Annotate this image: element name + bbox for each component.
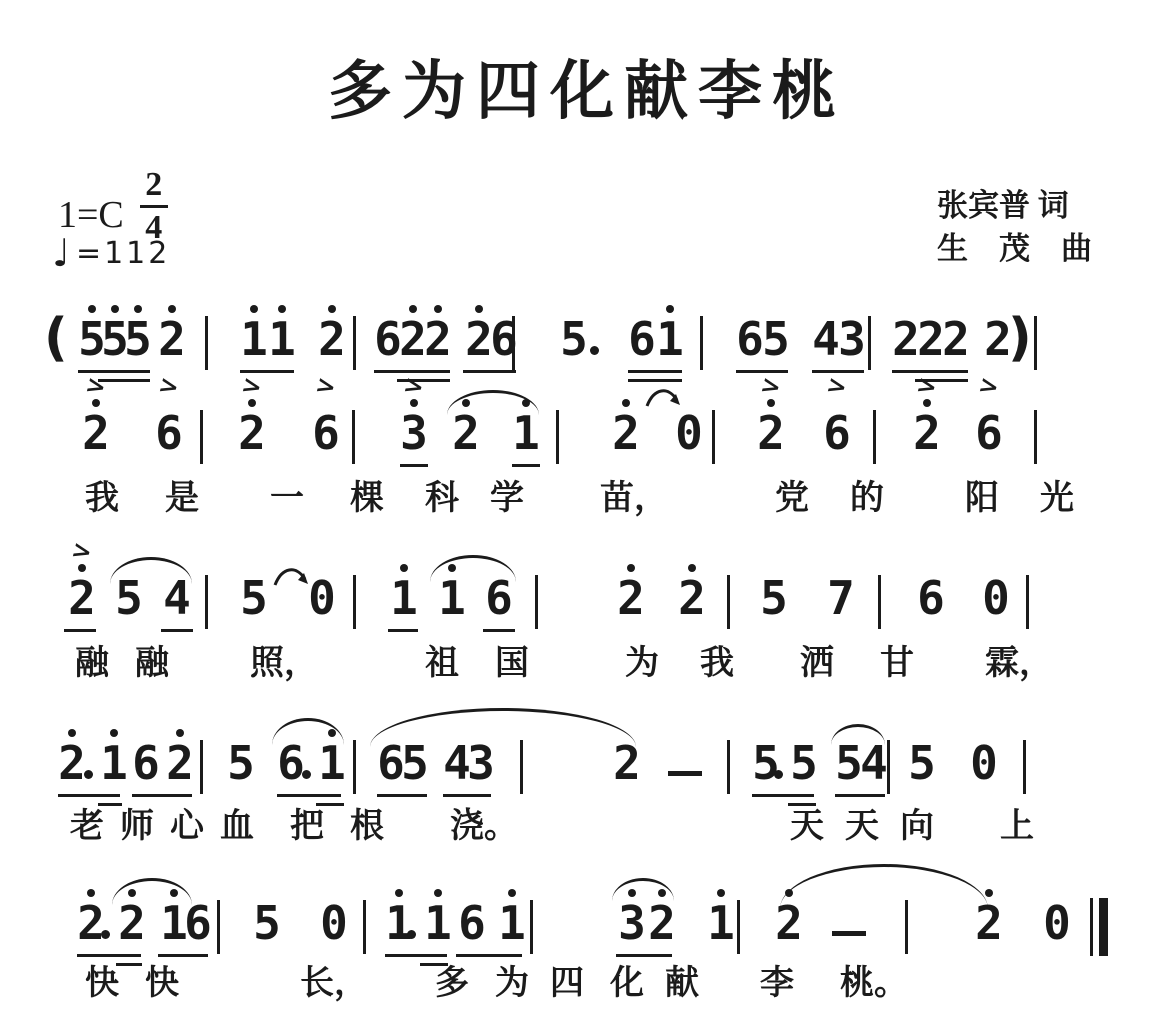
octave-dot	[250, 305, 258, 313]
note: 6>	[972, 384, 1006, 484]
note-number: 2	[449, 410, 483, 456]
note-number: 5	[121, 316, 155, 362]
lyric: 为	[495, 955, 529, 1004]
note-number: 0	[979, 575, 1013, 621]
octave-dot	[110, 729, 118, 737]
accent-mark: >	[914, 372, 939, 400]
accent-mark: >	[156, 372, 181, 400]
note-number: 6	[152, 410, 186, 456]
lyric: 的	[850, 470, 884, 519]
accent-mark: >	[976, 372, 1001, 400]
note-number: 0	[1040, 900, 1074, 946]
note: 7	[824, 549, 858, 649]
octave-dot	[278, 305, 286, 313]
note-number: 1	[315, 740, 349, 786]
octave-dot	[627, 564, 635, 572]
note: 2	[609, 384, 643, 484]
beam-line	[64, 629, 96, 632]
barline	[205, 575, 208, 629]
barline	[727, 740, 730, 794]
note-number: 1	[387, 575, 421, 621]
barline	[535, 575, 538, 629]
beam-line	[752, 794, 814, 797]
note: 5	[121, 290, 155, 390]
lyric: 桃。	[840, 955, 908, 1004]
note-number: 1	[495, 900, 529, 946]
note-number: 2	[421, 316, 455, 362]
barline	[520, 740, 523, 794]
lyric: 甘	[880, 635, 914, 684]
octave-dot	[395, 889, 403, 897]
barline	[1026, 575, 1029, 629]
lyric: 祖	[425, 635, 459, 684]
barline	[1023, 740, 1026, 794]
octave-dot	[134, 305, 142, 313]
barline	[217, 900, 220, 954]
lyric: 根	[350, 798, 384, 847]
octave-dot	[985, 889, 993, 897]
barline	[1034, 316, 1037, 370]
note: 2	[675, 549, 709, 649]
note-number: 4	[857, 740, 891, 786]
lyric: 天	[845, 798, 879, 847]
lyric: 科	[425, 470, 459, 519]
half-note-dash	[832, 931, 866, 936]
portamento-arrow	[644, 384, 684, 422]
lyric: 阳	[965, 470, 999, 519]
note-number: 5	[905, 740, 939, 786]
beam-line	[835, 794, 885, 797]
lyric: 是	[165, 470, 199, 519]
lyric: 心	[170, 798, 204, 847]
lyric: 天	[790, 798, 824, 847]
lyric: 血	[220, 798, 254, 847]
accent-mark: >	[824, 372, 849, 400]
barline	[873, 410, 876, 464]
note-number: 0	[967, 740, 1001, 786]
note: 1	[653, 290, 687, 390]
note: 2>	[79, 384, 113, 484]
lyric: 苗，	[600, 470, 668, 519]
lyric: 一	[270, 470, 304, 519]
beam-line	[132, 794, 192, 797]
lyric: 快	[85, 955, 119, 1004]
lyric: 长，	[300, 955, 368, 1004]
augmentation-dot	[407, 930, 416, 939]
note-number: 3	[615, 900, 649, 946]
note-number: 1	[382, 900, 416, 946]
lyrics-line: 老师心血把根浇。天天向上	[0, 798, 1164, 850]
note-number: 2	[65, 575, 99, 621]
note-number: 6	[972, 410, 1006, 456]
note-number: 1	[653, 316, 687, 362]
accent-mark: >	[69, 537, 94, 565]
beam-line	[161, 629, 193, 632]
note-number: 6	[129, 740, 163, 786]
lyrics-line: 我是一棵科学苗，党的阳光	[0, 470, 1164, 522]
note: 2>	[65, 549, 99, 649]
note-number: 3	[397, 410, 431, 456]
note: 2>	[910, 384, 944, 484]
lyric: 光	[1040, 470, 1074, 519]
augmentation-dot	[84, 770, 93, 779]
note-number: 2	[645, 900, 679, 946]
lyric: 化	[610, 955, 644, 1004]
note-number: 6	[487, 316, 521, 362]
lyric: 党	[775, 470, 809, 519]
octave-dot	[475, 305, 483, 313]
augmentation-dot	[302, 770, 311, 779]
note-number: 2	[79, 410, 113, 456]
lyricist-credit: 张宾普 词	[937, 184, 1092, 227]
lyric: 我	[85, 470, 119, 519]
tempo-marking: ♩ =112	[52, 234, 170, 272]
note-number: 5	[757, 575, 791, 621]
note-number: 6	[274, 740, 308, 786]
slur	[780, 864, 988, 909]
lyric: 李	[760, 955, 794, 1004]
score-page: 多为四化献李桃 1=C 2 4 ♩ =112 张宾普 词 生 茂 曲 (5552…	[0, 0, 1164, 1035]
close-parenthesis: )	[1008, 312, 1032, 364]
barline	[512, 316, 515, 370]
octave-dot	[717, 889, 725, 897]
barline	[700, 316, 703, 370]
barline	[352, 410, 355, 464]
octave-dot	[409, 305, 417, 313]
fraction-bar	[140, 205, 168, 208]
lyric: 师	[120, 798, 154, 847]
lyric: 快	[145, 955, 179, 1004]
lyric: 老	[70, 798, 104, 847]
note-number: 7	[824, 575, 858, 621]
beam-line	[58, 794, 120, 797]
note: 6>	[820, 384, 854, 484]
lyric: 把	[290, 798, 324, 847]
barline	[712, 410, 715, 464]
augmentation-dot	[774, 770, 783, 779]
beam-line	[628, 370, 682, 373]
octave-dot	[68, 729, 76, 737]
lyric: 为	[625, 635, 659, 684]
note-number: 2	[614, 575, 648, 621]
beam-line	[388, 629, 418, 632]
system-2: 2>6>2>6>3>21202>6>2>6>	[0, 384, 1164, 484]
beam-line	[483, 629, 515, 632]
octave-dot	[176, 729, 184, 737]
lyric: 学	[490, 470, 524, 519]
accent-mark: >	[239, 372, 264, 400]
octave-dot	[87, 889, 95, 897]
barline	[737, 900, 740, 954]
lyric: 上	[1000, 798, 1034, 847]
note: 6	[914, 549, 948, 649]
lyric: 融	[75, 635, 109, 684]
barline	[887, 740, 890, 794]
note-number: 1	[421, 900, 455, 946]
open-parenthesis: (	[44, 312, 68, 364]
accent-mark: >	[758, 372, 783, 400]
portamento-arrow	[272, 563, 312, 601]
note: 5	[557, 290, 591, 390]
tempo-value: =112	[76, 236, 170, 271]
note: 1	[265, 290, 299, 390]
note-number: 2	[939, 316, 973, 362]
beam-line	[443, 794, 491, 797]
note-number: 2	[609, 410, 643, 456]
credits: 张宾普 词 生 茂 曲	[937, 184, 1092, 271]
accent-mark: >	[313, 372, 338, 400]
note-number: 5	[237, 575, 271, 621]
note-number: 5	[749, 740, 783, 786]
note: 6>	[309, 384, 343, 484]
note-number: 2	[675, 575, 709, 621]
augmentation-dot	[590, 346, 599, 355]
note-number: 1	[265, 316, 299, 362]
lyric: 献	[665, 955, 699, 1004]
barline	[868, 316, 871, 370]
note: 2	[939, 290, 973, 390]
note-number: 5	[557, 316, 591, 362]
note-number: 2	[155, 316, 189, 362]
barline	[556, 410, 559, 464]
beam-line	[736, 370, 788, 373]
barline	[530, 900, 533, 954]
note-number: 2	[315, 316, 349, 362]
lyric: 向	[900, 798, 934, 847]
lyric: 棵	[350, 470, 384, 519]
note-number: 2	[74, 900, 108, 946]
lyric: 我	[700, 635, 734, 684]
note: 6	[487, 290, 521, 390]
barline	[1034, 410, 1037, 464]
page-title: 多为四化献李桃	[0, 40, 1164, 132]
note-number: 6	[914, 575, 948, 621]
note: 2>	[754, 384, 788, 484]
note: 5	[757, 549, 791, 649]
note: 0	[979, 549, 1013, 649]
note-number: 5	[759, 316, 793, 362]
beam-line	[512, 464, 540, 467]
barline	[727, 575, 730, 629]
beam-line	[377, 794, 427, 797]
thin-barline	[1090, 898, 1093, 956]
barline	[353, 740, 356, 794]
note-number: 5	[250, 900, 284, 946]
note-number: 5	[787, 740, 821, 786]
augmentation-dot	[101, 930, 110, 939]
octave-dot	[508, 889, 516, 897]
barline	[205, 316, 208, 370]
note: 6>	[152, 384, 186, 484]
octave-dot	[622, 399, 630, 407]
lyric: 浇。	[450, 798, 518, 847]
note: 1	[387, 549, 421, 649]
octave-dot	[688, 564, 696, 572]
note: 3>	[397, 384, 431, 484]
octave-dot	[111, 305, 119, 313]
lyric: 四	[550, 955, 584, 1004]
composer-credit: 生 茂 曲	[937, 227, 1092, 270]
note-number: 2	[163, 740, 197, 786]
note-number: 1	[704, 900, 738, 946]
note-number: 1	[97, 740, 131, 786]
beam-line	[277, 794, 341, 797]
octave-dot	[434, 889, 442, 897]
note-number: 2	[754, 410, 788, 456]
octave-dot	[434, 305, 442, 313]
note-number: 2	[910, 410, 944, 456]
beam-line	[463, 370, 516, 373]
lyric: 多	[435, 955, 469, 1004]
note-number: 5	[224, 740, 258, 786]
lyrics-line: 快快长，多为四化献李桃。	[0, 955, 1164, 1007]
beam-line	[400, 464, 428, 467]
octave-dot	[168, 305, 176, 313]
lyric: 洒	[800, 635, 834, 684]
note-number: 2	[55, 740, 89, 786]
note-number: 2	[115, 900, 149, 946]
note: 5	[237, 549, 271, 649]
lyric: 融	[135, 635, 169, 684]
note-number: 6	[820, 410, 854, 456]
octave-dot	[328, 305, 336, 313]
lyric: 霖，	[985, 635, 1053, 684]
system-3: 2>5450116225760	[0, 549, 1164, 649]
accent-mark: >	[83, 372, 108, 400]
quarter-note-icon: ♩	[52, 234, 73, 272]
octave-dot	[88, 305, 96, 313]
lyric: 国	[495, 635, 529, 684]
note-number: 0	[317, 900, 351, 946]
octave-dot	[666, 305, 674, 313]
barline	[363, 900, 366, 954]
note-number: 6	[181, 900, 215, 946]
note-number: 1	[509, 410, 543, 456]
barline	[200, 740, 203, 794]
half-note-dash	[668, 771, 702, 776]
note-number: 2	[235, 410, 269, 456]
barline	[200, 410, 203, 464]
thick-barline	[1099, 898, 1108, 956]
lyrics-line: 融融照，祖国为我洒甘霖，	[0, 635, 1164, 687]
barline	[878, 575, 881, 629]
octave-dot	[400, 564, 408, 572]
note-number: 6	[455, 900, 489, 946]
barline	[353, 575, 356, 629]
note-number: 6	[309, 410, 343, 456]
lyric: 照，	[250, 635, 318, 684]
beam-line	[628, 379, 682, 382]
accent-mark: >	[401, 372, 426, 400]
note: 2	[614, 549, 648, 649]
key-text: 1=C	[58, 193, 124, 237]
barline	[353, 316, 356, 370]
note-number: 3	[835, 316, 869, 362]
note: 2>	[235, 384, 269, 484]
meter-numerator: 2	[145, 168, 162, 202]
